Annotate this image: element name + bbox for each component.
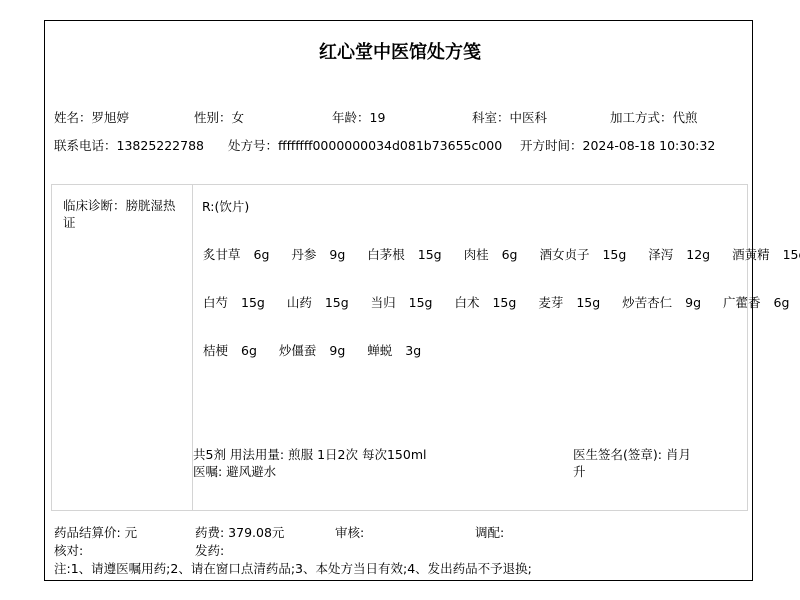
herb-item: 白术 15g — [454, 295, 525, 310]
herb-item: 当归 15g — [371, 295, 442, 310]
notes: 注:1、请遵医嘱用药;2、请在窗口点清药品;3、本处方当日有效;4、发出药品不予… — [54, 559, 532, 577]
herb-item: 广藿香 6g — [723, 295, 798, 310]
herb-line-1: 炙甘草 6g 丹参 9g 白茅根 15g 肉桂 6g 酒女贞子 15g 泽泻 1… — [203, 245, 800, 263]
contact-phone: 联系电话：13825222788 — [54, 136, 204, 154]
department: 科室：中医科 — [472, 108, 547, 126]
prescription-box: 临床诊断：膀胱湿热证 R:(饮片) 炙甘草 6g 丹参 9g 白茅根 15g 肉… — [51, 184, 748, 511]
processing-method: 加工方式：代煎 — [610, 108, 698, 126]
prescription-number: 处方号：ffffffff0000000034d081b73655c000 — [228, 136, 502, 154]
review-label: 审核: — [335, 523, 364, 541]
herb-item: 泽泻 12g — [648, 247, 719, 262]
herb-item: 酒女贞子 15g — [539, 247, 635, 262]
herb-line-2: 白芍 15g 山药 15g 当归 15g 白术 15g 麦芽 15g 炒苦杏仁 … — [203, 293, 800, 311]
herb-item: 炒僵蚕 9g — [279, 343, 354, 358]
herb-item: 蝉蜕 3g — [367, 343, 430, 358]
drug-fee: 药费: 379.08元 — [195, 523, 284, 541]
settle-price: 药品结算价: 元 — [54, 523, 137, 541]
page-title: 红心堂中医馆处方笺 — [0, 38, 800, 64]
dosage-text: 共5剂 用法用量: 煎服 1日2次 每次150ml — [193, 446, 426, 463]
usage-instructions: 共5剂 用法用量: 煎服 1日2次 每次150ml 医嘱: 避风避水 — [193, 446, 426, 480]
herb-item: 炙甘草 6g — [203, 247, 278, 262]
patient-name: 姓名：罗旭婷 — [54, 108, 129, 126]
doctor-signature: 医生签名(签章): 肖月升 — [573, 446, 701, 480]
rx-label: R:(饮片) — [202, 197, 249, 215]
patient-age: 年龄：19 — [332, 108, 385, 126]
herb-item: 山药 15g — [287, 295, 358, 310]
patient-gender: 性别：女 — [194, 108, 244, 126]
herb-item: 肉桂 6g — [464, 247, 527, 262]
dispense-mix-label: 调配: — [475, 523, 504, 541]
herb-item: 丹参 9g — [291, 247, 354, 262]
prescription-time: 开方时间：2024-08-18 10:30:32 — [520, 136, 715, 154]
herb-item: 酒黄精 15g — [732, 247, 800, 262]
herb-item: 麦芽 15g — [538, 295, 609, 310]
herb-item: 白芍 15g — [203, 295, 274, 310]
herb-item: 白茅根 15g — [367, 247, 450, 262]
herb-line-3: 桔梗 6g 炒僵蚕 9g 蝉蜕 3g — [203, 341, 439, 359]
dispense-label: 发药: — [195, 541, 224, 559]
herb-item: 炒苦杏仁 9g — [622, 295, 710, 310]
check-label: 核对: — [54, 541, 83, 559]
medical-advice: 医嘱: 避风避水 — [193, 463, 426, 480]
clinical-diagnosis: 临床诊断：膀胱湿热证 — [63, 197, 181, 231]
herb-item: 桔梗 6g — [203, 343, 266, 358]
